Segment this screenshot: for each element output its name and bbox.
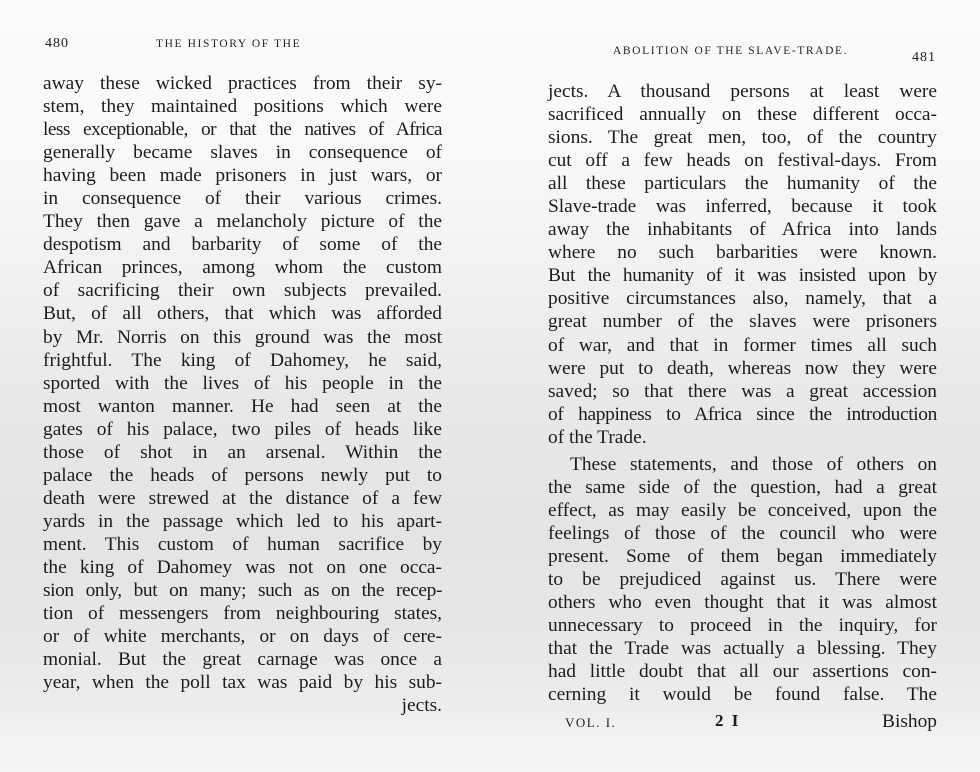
- right-page-body: jects. A thousand persons at least were …: [548, 80, 937, 706]
- text-line: year, when the poll tax was paid by his …: [43, 671, 442, 694]
- text-line: death were strewed at the distance of a …: [43, 487, 442, 510]
- text-line: African princes, among whom the custom: [43, 256, 442, 279]
- running-head-right: ABOLITION OF THE SLAVE-TRADE.: [613, 45, 848, 61]
- text-line: by Mr. Norris on this ground was the mos…: [43, 326, 442, 349]
- text-line: of sacrificing their own subjects prevai…: [43, 279, 442, 302]
- text-line: the king of Dahomey was not on one occa-: [43, 556, 442, 579]
- text-line: They then gave a melancholy picture of t…: [43, 210, 442, 233]
- text-line: most wanton manner. He had seen at the: [43, 395, 442, 418]
- text-line: yards in the passage which led to his ap…: [43, 510, 442, 533]
- text-line: less exceptionable, or that the natives …: [43, 118, 442, 141]
- volume-signature: VOL. I.: [565, 715, 616, 731]
- text-line: away the inhabitants of Africa into land…: [548, 218, 937, 241]
- text-line: positive circumstances also, namely, tha…: [548, 287, 937, 310]
- page-number-left: 480: [45, 36, 69, 52]
- text-line: But the humanity of it was insisted upon…: [548, 264, 937, 287]
- text-line: of happiness to Africa since the introdu…: [548, 403, 937, 426]
- text-line: feelings of those of the council who wer…: [548, 522, 937, 545]
- book-spread: 480 THE HISTORY OF THE away these wicked…: [0, 0, 980, 772]
- printer-signature-mark: 2 I: [715, 711, 740, 731]
- text-line: those of shot in an arsenal. Within the: [43, 441, 442, 464]
- text-line: great number of the slaves were prisoner…: [548, 310, 937, 333]
- text-line: gates of his palace, two piles of heads …: [43, 418, 442, 441]
- text-line: away these wicked practices from their s…: [43, 72, 442, 95]
- text-line: tion of messengers from neighbouring sta…: [43, 602, 442, 625]
- text-line: to be prejudiced against us. There were: [548, 568, 937, 591]
- text-line: the same side of the question, had a gre…: [548, 476, 937, 499]
- text-line: of war, and that in former times all suc…: [548, 334, 937, 357]
- text-line: generally became slaves in consequence o…: [43, 141, 442, 164]
- text-line: present. Some of them began immediately: [548, 545, 937, 568]
- text-line: sported with the lives of his people in …: [43, 372, 442, 395]
- catchword-left: jects.: [43, 694, 442, 717]
- text-line: or of white merchants, or on days of cer…: [43, 625, 442, 648]
- left-page-body: away these wicked practices from their s…: [43, 72, 442, 717]
- text-line: that the Trade was actually a blessing. …: [548, 637, 937, 660]
- text-line: sacrificed annually on these different o…: [548, 103, 937, 126]
- text-line: cut off a few heads on festival-days. Fr…: [548, 149, 937, 172]
- text-line: all these particulars the humanity of th…: [548, 172, 937, 195]
- text-line: palace the heads of persons newly put to: [43, 464, 442, 487]
- text-line: But, of all others, that which was affor…: [43, 302, 442, 325]
- text-line: despotism and barbarity of some of the: [43, 233, 442, 256]
- text-line: having been made prisoners in just wars,…: [43, 164, 442, 187]
- text-line: jects. A thousand persons at least were: [548, 80, 937, 103]
- paragraph-start: These statements, and those of others on: [548, 453, 937, 476]
- text-line: effect, as may easily be conceived, upon…: [548, 499, 937, 522]
- text-line: cerning it would be found false. The: [548, 683, 937, 706]
- page-number-right: 481: [912, 50, 936, 66]
- text-line: were put to death, whereas now they were: [548, 357, 937, 380]
- text-line: monial. But the great carnage was once a: [43, 648, 442, 671]
- running-head-left: THE HISTORY OF THE: [156, 38, 301, 54]
- text-line: had little doubt that all our assertions…: [548, 660, 937, 683]
- text-line: saved; so that there was a great accessi…: [548, 380, 937, 403]
- text-line: in consequence of their various crimes.: [43, 187, 442, 210]
- text-line: where no such barbarities were known.: [548, 241, 937, 264]
- text-line: unnecessary to proceed in the inquiry, f…: [548, 614, 937, 637]
- text-line: others who even thought that it was almo…: [548, 591, 937, 614]
- text-line: frightful. The king of Dahomey, he said,: [43, 349, 442, 372]
- text-line: stem, they maintained positions which we…: [43, 95, 442, 118]
- text-line: sions. The great men, too, of the countr…: [548, 126, 937, 149]
- text-line: sion only, but on many; such as on the r…: [43, 579, 442, 602]
- text-line: ment. This custom of human sacrifice by: [43, 533, 442, 556]
- text-line: of the Trade.: [548, 426, 937, 449]
- catchword-right: Bishop: [882, 711, 937, 733]
- text-line: Slave-trade was inferred, because it too…: [548, 195, 937, 218]
